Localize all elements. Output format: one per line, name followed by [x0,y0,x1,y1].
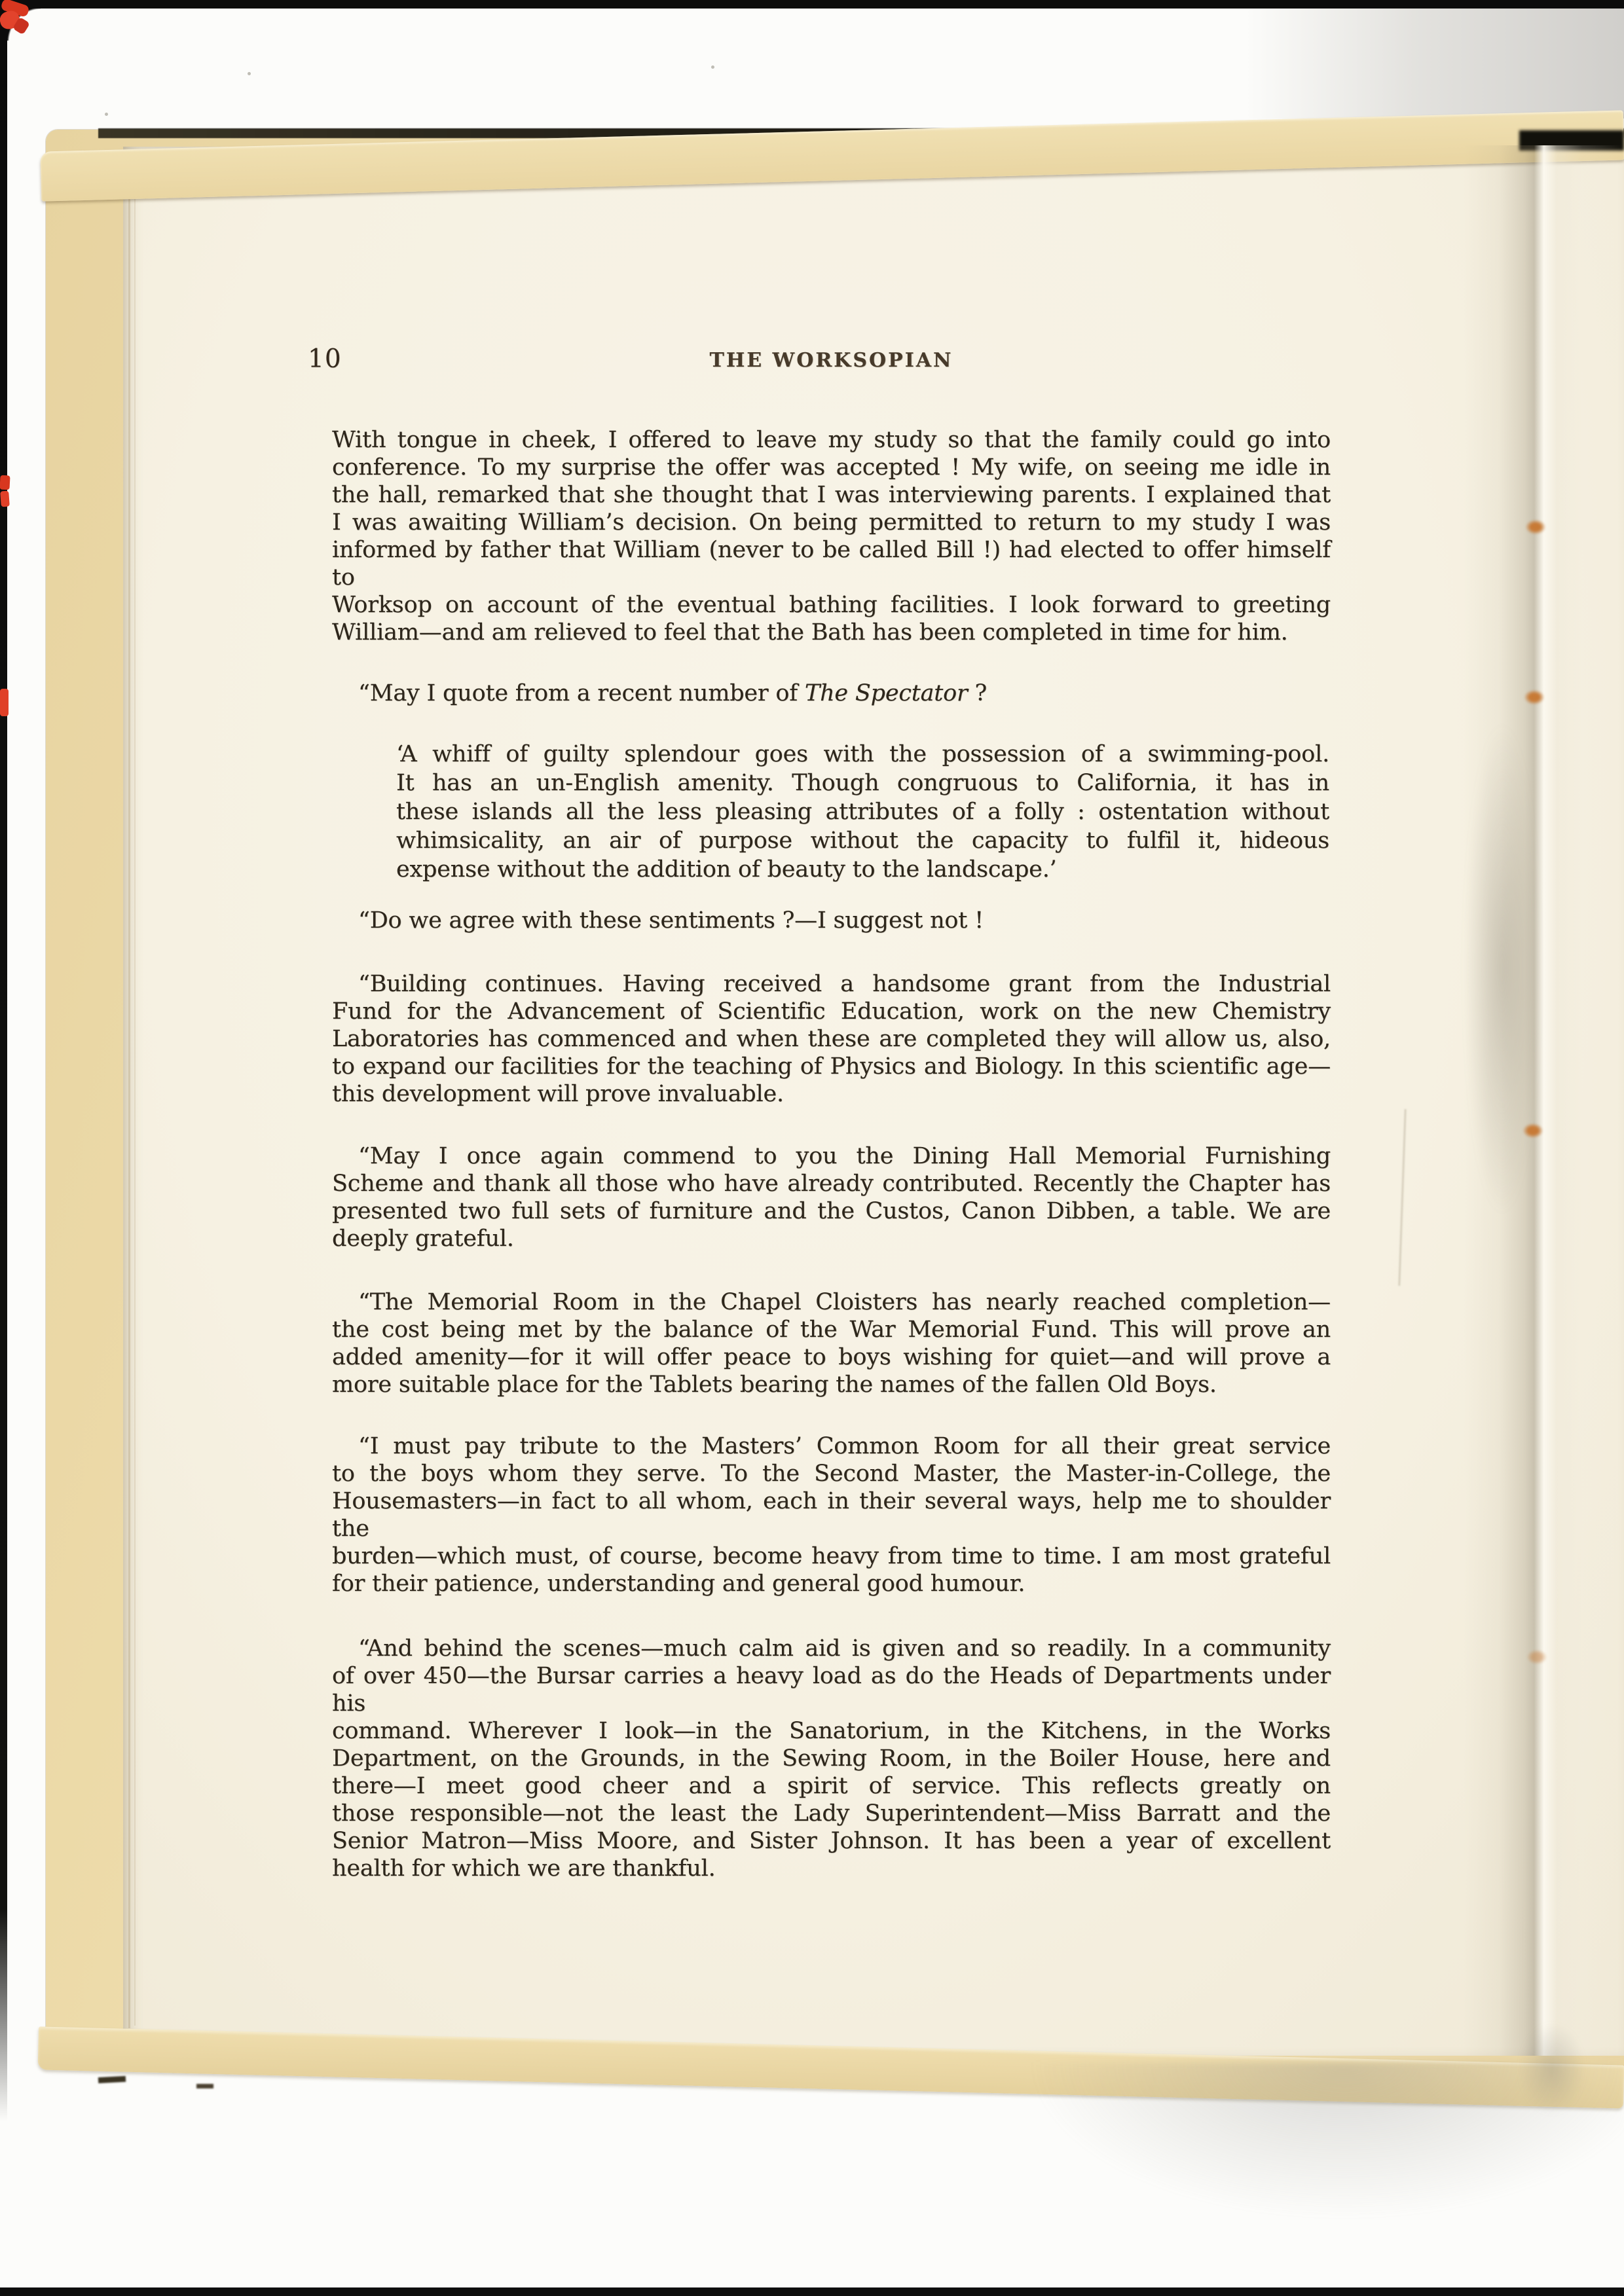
text-line: health for which we are thankful. [332,1855,1331,1882]
italic-text: The Spectator [805,680,968,706]
text-line: expense without the addition of beauty t… [396,855,1329,884]
text-line: the cost being met by the balance of the… [332,1316,1331,1343]
scanner-edge-bottom [0,2287,1624,2296]
gutter-shadow [1466,720,1539,1218]
text-line: for their patience, understanding and ge… [332,1570,1331,1597]
cover-wear-mark [196,2084,213,2088]
text-line: whimsicality, an air of purpose without … [396,826,1329,855]
text-line: “The Memorial Room in the Chapel Cloiste… [332,1288,1331,1316]
text-line: command. Wherever I look—in the Sanatori… [332,1717,1331,1745]
text-line: Senior Matron—Miss Moore, and Sister Joh… [332,1827,1331,1855]
text-line: “May I quote from a recent number of The… [332,680,1331,707]
text-line: I was awaiting William’s decision. On be… [332,509,1331,536]
page-edge-line [134,166,136,2026]
text-line: “May I once again commend to you the Din… [332,1142,1331,1170]
running-title: THE WORKSOPIAN [332,347,1331,374]
text-segment: ? [968,680,987,706]
text-block: With tongue in cheek, I offered to leave… [332,426,1331,1882]
foxing-dot [1526,520,1545,534]
scanner-edge-top [0,0,1624,9]
text-line: there—I meet good cheer and a spirit of … [332,1772,1331,1800]
text-line: to the boys whom they serve. To the Seco… [332,1460,1331,1487]
text-line: “And behind the scenes—much calm aid is … [332,1635,1331,1662]
dust-speck [248,72,251,75]
text-line: Laboratories has commenced and when thes… [332,1025,1331,1053]
text-line: Department, on the Grounds, in the Sewin… [332,1745,1331,1772]
text-line: With tongue in cheek, I offered to leave… [332,426,1331,454]
paragraph: “I must pay tribute to the Masters’ Comm… [332,1432,1331,1597]
dust-speck [711,65,714,69]
page-edge-line [128,156,130,2028]
paragraph: “May I quote from a recent number of The… [332,680,1331,707]
cover-wear-mark [98,2076,126,2083]
scanner-edge-left [0,0,7,2121]
scanner-shadow-top-right [1244,9,1624,118]
paragraph: “And behind the scenes—much calm aid is … [332,1635,1331,1882]
text-line: Fund for the Advancement of Scientific E… [332,998,1331,1025]
text-line: to expand our facilities for the teachin… [332,1053,1331,1080]
text-line: “Do we agree with these sentiments ?—I s… [332,907,1331,934]
paragraph: “May I once again commend to you the Din… [332,1142,1331,1252]
text-line: of over 450—the Bursar carries a heavy l… [332,1662,1331,1717]
text-line: added amenity—for it will offer peace to… [332,1343,1331,1371]
text-line: these islands all the less pleasing attr… [396,797,1329,826]
text-line: burden—which must, of course, become hea… [332,1542,1331,1570]
paragraph: “Building continues. Having received a h… [332,970,1331,1108]
text-line: presented two full sets of furniture and… [332,1197,1331,1225]
text-line: the hall, remarked that she thought that… [332,481,1331,509]
text-line: conference. To my surprise the offer was… [332,454,1331,481]
scanned-page: 10 THE WORKSOPIAN With tongue in cheek, … [0,0,1624,2296]
foxing-dot [1527,1650,1547,1664]
text-line: Worksop on account of the eventual bathi… [332,591,1331,619]
text-line: those responsible—not the least the Lady… [332,1800,1331,1827]
text-line: more suitable place for the Tablets bear… [332,1371,1331,1398]
foxing-dot [1523,1123,1543,1138]
text-line: this development will prove invaluable. [332,1080,1331,1108]
text-line: informed by father that William (never t… [332,536,1331,591]
book-drop-shadow [1519,2023,1585,2115]
dust-speck [105,113,108,116]
scan-scratch [1398,1109,1406,1286]
text-line: deeply grateful. [332,1225,1331,1252]
text-line: Scheme and thank all those who have alre… [332,1170,1331,1197]
foxing-dot [1524,690,1544,704]
paragraph: With tongue in cheek, I offered to leave… [332,426,1331,646]
text-line: It has an un-English amenity. Though con… [396,769,1329,797]
block-quote: ‘A whiff of guilty splendour goes with t… [396,740,1329,884]
paragraph: “Do we agree with these sentiments ?—I s… [332,907,1331,934]
red-pen-mark [0,491,10,507]
text-line: “I must pay tribute to the Masters’ Comm… [332,1432,1331,1460]
text-line: Housemasters—in fact to all whom, each i… [332,1487,1331,1542]
paragraph: “The Memorial Room in the Chapel Cloiste… [332,1288,1331,1398]
text-line: “Building continues. Having received a h… [332,970,1331,998]
text-segment: “May I quote from a recent number of [358,680,805,706]
text-line: William—and am relieved to feel that the… [332,619,1331,646]
red-pen-mark [0,475,10,490]
red-pen-mark [0,689,9,716]
text-line: ‘A whiff of guilty splendour goes with t… [396,740,1329,769]
